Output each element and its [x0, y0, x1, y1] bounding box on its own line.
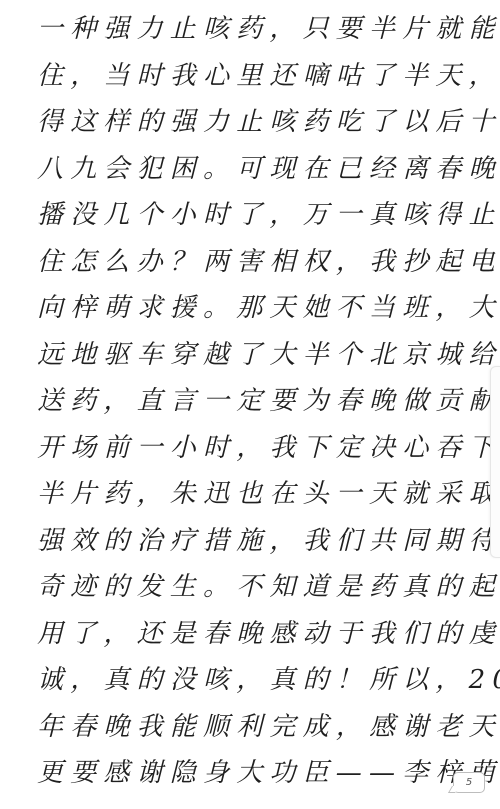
text-line: 远地驱车穿越了大半个北京城给我	[37, 332, 467, 379]
text-line: 得这样的强力止咳药吃了以后十有	[37, 99, 467, 146]
text-line: 用了，还是春晚感动于我们的虔	[37, 611, 467, 658]
body-text: 一种强力止咳药，只要半片就能压 住，当时我心里还嘀咕了半天，觉 得这样的强力止咳…	[37, 6, 467, 797]
document-page: 一种强力止咳药，只要半片就能压 住，当时我心里还嘀咕了半天，觉 得这样的强力止咳…	[0, 0, 500, 809]
text-line: 开场前一小时，我下定决心吞下了	[37, 425, 467, 472]
text-line: 半片药，朱迅也在头一天就采取了	[37, 471, 467, 518]
text-line: 八九会犯困。可现在已经离春晚直	[37, 146, 467, 193]
text-line: 住，当时我心里还嘀咕了半天，觉	[37, 53, 467, 100]
text-line: 奇迹的发生。不知道是药真的起作	[37, 564, 467, 611]
page-number-badge[interactable]: 5	[453, 772, 485, 793]
text-line: 住怎么办？两害相权，我抄起电话	[37, 239, 467, 286]
text-line: 诚，真的没咳，真的！所以，2018	[37, 657, 467, 704]
text-line: 更要感谢隐身大功臣——李梓萌！	[37, 750, 467, 797]
text-line: 一种强力止咳药，只要半片就能压	[37, 6, 467, 53]
text-line: 年春晚我能顺利完成，感谢老天，	[37, 704, 467, 751]
text-line: 强效的治疗措施，我们共同期待着	[37, 518, 467, 565]
text-line: 送药，直言一定要为春晚做贡献。	[37, 378, 467, 425]
text-line: 播没几个小时了，万一真咳得止不	[37, 192, 467, 239]
text-line: 向梓萌求援。那天她不当班，大老	[37, 285, 467, 332]
scroll-handle[interactable]	[490, 366, 500, 558]
